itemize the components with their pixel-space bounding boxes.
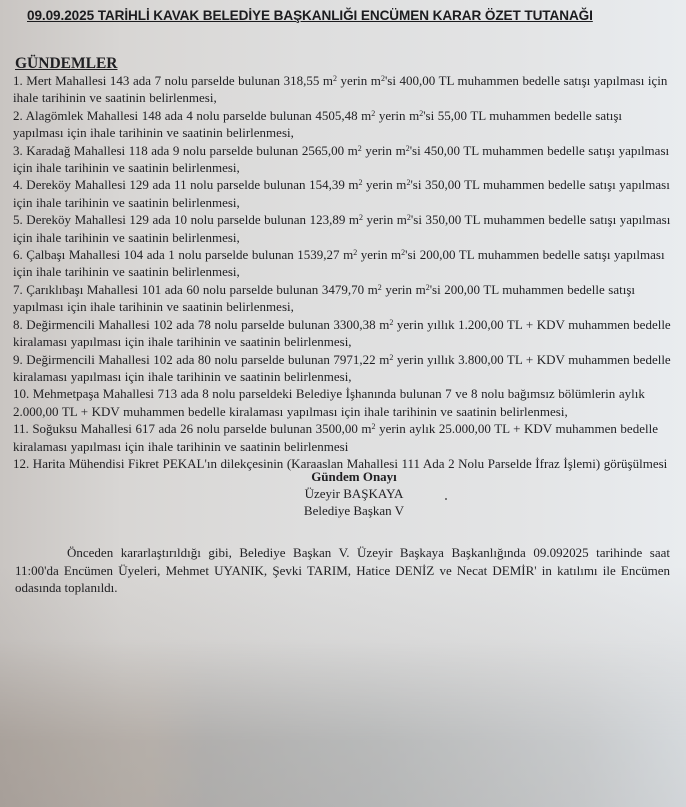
agenda-item-text: 8. Değirmencili Mahallesi 102 ada 78 nol… <box>13 317 671 349</box>
approver-name: Üzeyir BAŞKAYA <box>0 485 686 502</box>
agenda-heading: GÜNDEMLER <box>15 56 673 72</box>
approval-block: Gündem Onayı Üzeyir BAŞKAYA Belediye Baş… <box>0 468 686 519</box>
agenda-item-text: 3. Karadağ Mahallesi 118 ada 9 nolu pars… <box>13 143 669 175</box>
agenda-item: 8. Değirmencili Mahallesi 102 ada 78 nol… <box>13 316 673 351</box>
agenda-item-text: 10. Mehmetpaşa Mahallesi 713 ada 8 nolu … <box>13 386 645 418</box>
photo-shadow <box>0 640 686 807</box>
paper-speck <box>445 498 447 500</box>
approval-heading: Gündem Onayı <box>0 468 686 485</box>
agenda-item: 6. Çalbaşı Mahallesi 104 ada 1 nolu pars… <box>13 246 673 281</box>
agenda-item-text: 11. Soğuksu Mahallesi 617 ada 26 nolu pa… <box>13 421 658 453</box>
agenda-item: 3. Karadağ Mahallesi 118 ada 9 nolu pars… <box>13 142 673 177</box>
agenda-item: 1. Mert Mahallesi 143 ada 7 nolu parseld… <box>13 72 673 107</box>
meeting-paragraph: Önceden kararlaştırıldığı gibi, Belediye… <box>15 544 670 597</box>
agenda-item: 9. Değirmencili Mahallesi 102 ada 80 nol… <box>13 351 673 386</box>
agenda-item-text: 5. Dereköy Mahallesi 129 ada 10 nolu par… <box>13 212 670 244</box>
document-title: 09.09.2025 TARİHLİ KAVAK BELEDİYE BAŞKAN… <box>27 8 593 23</box>
agenda-list: 1. Mert Mahallesi 143 ada 7 nolu parseld… <box>13 72 673 472</box>
agenda-section: GÜNDEMLER 1. Mert Mahallesi 143 ada 7 no… <box>13 56 673 472</box>
agenda-item: 11. Soğuksu Mahallesi 617 ada 26 nolu pa… <box>13 420 673 455</box>
agenda-item-text: 7. Çarıklıbaşı Mahallesi 101 ada 60 nolu… <box>13 282 635 314</box>
agenda-item-text: 6. Çalbaşı Mahallesi 104 ada 1 nolu pars… <box>13 247 665 279</box>
agenda-item: 4. Dereköy Mahallesi 129 ada 11 nolu par… <box>13 176 673 211</box>
agenda-item-text: 1. Mert Mahallesi 143 ada 7 nolu parseld… <box>13 73 667 105</box>
approver-role: Belediye Başkan V <box>0 502 686 519</box>
agenda-item: 2. Alagömlek Mahallesi 148 ada 4 nolu pa… <box>13 107 673 142</box>
agenda-item: 5. Dereköy Mahallesi 129 ada 10 nolu par… <box>13 211 673 246</box>
agenda-item: 7. Çarıklıbaşı Mahallesi 101 ada 60 nolu… <box>13 281 673 316</box>
agenda-item: 10. Mehmetpaşa Mahallesi 713 ada 8 nolu … <box>13 385 673 420</box>
agenda-item-text: 4. Dereköy Mahallesi 129 ada 11 nolu par… <box>13 177 670 209</box>
agenda-item-text: 9. Değirmencili Mahallesi 102 ada 80 nol… <box>13 352 671 384</box>
agenda-item-text: 2. Alagömlek Mahallesi 148 ada 4 nolu pa… <box>13 108 622 140</box>
